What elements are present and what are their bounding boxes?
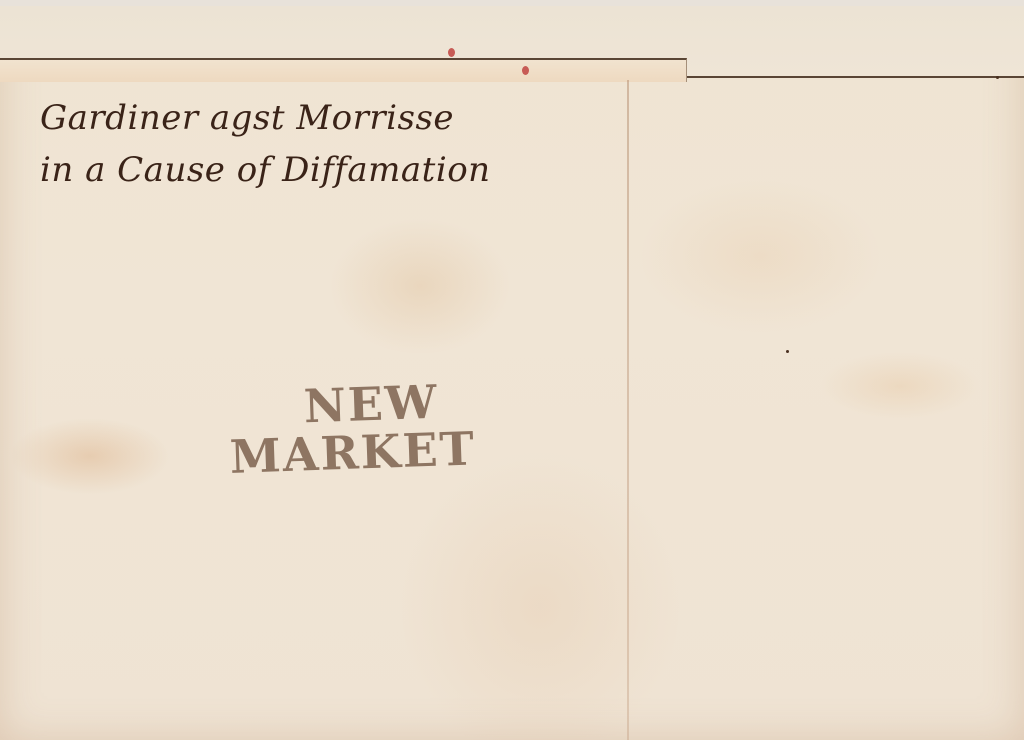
docket-inscription: Gardiner agst Morrisse in a Cause of Dif…	[40, 92, 491, 196]
postmark-stamp: NEW MARKET	[230, 375, 513, 481]
postmark-line-2: MARKET	[192, 423, 513, 482]
wax-seal-remnant	[448, 48, 455, 57]
inner-fold-flap	[0, 58, 687, 82]
wax-seal-remnant	[522, 66, 529, 75]
vertical-fold-crease	[627, 80, 629, 740]
docket-line-1: Gardiner agst Morrisse	[40, 92, 491, 144]
ink-speck	[786, 350, 789, 353]
docket-line-2: in a Cause of Diffamation	[40, 144, 491, 196]
ink-speck	[996, 76, 999, 79]
